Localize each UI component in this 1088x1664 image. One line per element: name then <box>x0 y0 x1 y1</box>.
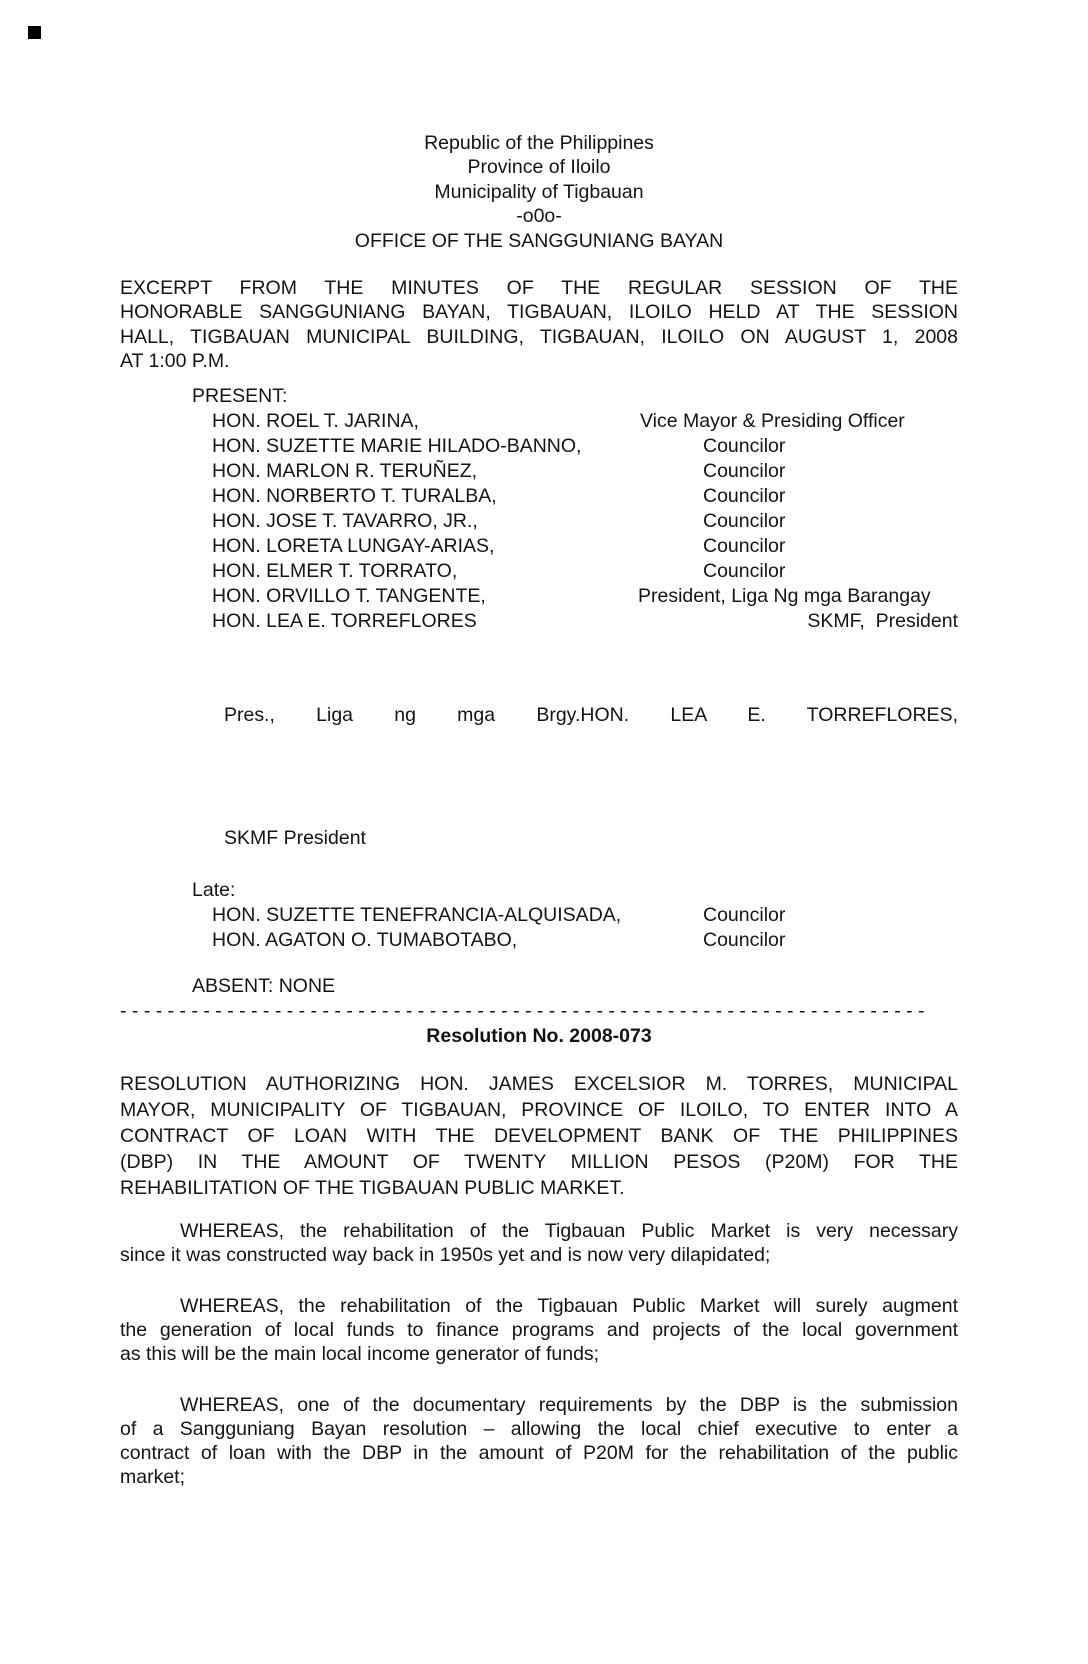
whereas-line: market; <box>120 1465 958 1489</box>
absent-line: ABSENT: NONE <box>192 974 958 999</box>
whereas-paragraph-3: WHEREAS, one of the documentary requirem… <box>120 1393 958 1489</box>
header-line-municipality: Municipality of Tigbauan <box>120 180 958 204</box>
whereas-paragraph-2: WHEREAS, the rehabilitation of the Tigba… <box>120 1294 958 1366</box>
attendee-row: HON. JOSE T. TAVARRO, JR., Councilor <box>120 509 958 534</box>
attendee-name: HON. SUZETTE MARIE HILADO-BANNO, <box>212 435 581 457</box>
attendee-name: HON. AGATON O. TUMABOTABO, <box>212 929 517 951</box>
whereas-paragraph-1: WHEREAS, the rehabilitation of the Tigba… <box>120 1219 958 1267</box>
excerpt-paragraph: EXCERPT FROM THE MINUTES OF THE REGULAR … <box>120 276 958 374</box>
resolution-title-line: CONTRACT OF LOAN WITH THE DEVELOPMENT BA… <box>120 1123 958 1149</box>
attendee-row: HON. ROEL T. JARINA, Vice Mayor & Presid… <box>120 409 958 434</box>
late-label: Late: <box>192 878 958 903</box>
resolution-title-paragraph: RESOLUTION AUTHORIZING HON. JAMES EXCELS… <box>120 1071 958 1201</box>
attendee-row: HON. ORVILLO T. TANGENTE, President, Lig… <box>120 584 958 609</box>
attendee-row: HON. NORBERTO T. TURALBA, Councilor <box>120 484 958 509</box>
attendee-name: HON. JOSE T. TAVARRO, JR., <box>212 510 478 532</box>
document-content: Republic of the Philippines Province of … <box>120 131 958 1489</box>
whereas-line: WHEREAS, one of the documentary requirem… <box>120 1393 958 1417</box>
attendee-row: HON. AGATON O. TUMABOTABO, Councilor <box>120 928 958 953</box>
whereas-line: the generation of local funds to finance… <box>120 1318 958 1342</box>
attendee-role: Councilor <box>703 534 785 559</box>
excerpt-line: HALL, TIGBAUAN MUNICIPAL BUILDING, TIGBA… <box>120 325 958 349</box>
header-line-republic: Republic of the Philippines <box>120 131 958 155</box>
attendee-name: HON. ORVILLO T. TANGENTE, <box>212 585 486 607</box>
whereas-line: since it was constructed way back in 195… <box>120 1243 958 1267</box>
attendee-role: Councilor <box>703 509 785 534</box>
attendee-name: HON. NORBERTO T. TURALBA, <box>212 485 497 507</box>
attendee-role: Councilor <box>703 903 785 928</box>
whereas-line: WHEREAS, the rehabilitation of the Tigba… <box>120 1219 958 1243</box>
whereas-line: WHEREAS, the rehabilitation of the Tigba… <box>120 1294 958 1318</box>
attendee-name: HON. LORETA LUNGAY-ARIAS, <box>212 535 494 557</box>
late-section: Late: HON. SUZETTE TENEFRANCIA-ALQUISADA… <box>120 878 958 953</box>
present-section: PRESENT: HON. ROEL T. JARINA, Vice Mayor… <box>120 384 958 634</box>
attendee-role: Councilor <box>703 484 785 509</box>
attendee-row: HON. ELMER T. TORRATO, Councilor <box>120 559 958 584</box>
scan-artifact <box>28 26 41 39</box>
attendee-role: President, Liga Ng mga Barangay <box>638 584 931 609</box>
resolution-title-line: REHABILITATION OF THE TIGBAUAN PUBLIC MA… <box>120 1175 958 1201</box>
attendee-role: Councilor <box>703 928 785 953</box>
doc-header: Republic of the Philippines Province of … <box>120 131 958 253</box>
resolution-title-line: MAYOR, MUNICIPALITY OF TIGBAUAN, PROVINC… <box>120 1097 958 1123</box>
attendee-row: HON. MARLON R. TERUÑEZ, Councilor <box>120 459 958 484</box>
excerpt-line: EXCERPT FROM THE MINUTES OF THE REGULAR … <box>120 276 958 300</box>
excerpt-line: HONORABLE SANGGUNIANG BAYAN, TIGBAUAN, I… <box>120 300 958 324</box>
resolution-title-line: (DBP) IN THE AMOUNT OF TWENTY MILLION PE… <box>120 1149 958 1175</box>
attendee-row: HON. LORETA LUNGAY-ARIAS, Councilor <box>120 534 958 559</box>
attendance-continuation-line: Pres., Liga ng mga Brgy.HON. LEA E. TORR… <box>224 703 958 728</box>
attendee-name: HON. ROEL T. JARINA, <box>212 410 419 432</box>
dashed-divider: - - - - - - - - - - - - - - - - - - - - … <box>120 999 958 1024</box>
attendee-role: Councilor <box>703 559 785 584</box>
whereas-line: of a Sangguniang Bayan resolution – allo… <box>120 1417 958 1441</box>
attendee-name: HON. MARLON R. TERUÑEZ, <box>212 460 477 482</box>
resolution-title-line: RESOLUTION AUTHORIZING HON. JAMES EXCELS… <box>120 1071 958 1097</box>
attendee-row: HON. LEA E. TORREFLORES SKMF, President <box>120 609 958 634</box>
whereas-line: as this will be the main local income ge… <box>120 1342 958 1366</box>
document-page: Republic of the Philippines Province of … <box>0 0 1088 1664</box>
attendee-row: HON. SUZETTE MARIE HILADO-BANNO, Council… <box>120 434 958 459</box>
attendee-role: Councilor <box>703 459 785 484</box>
attendee-role: Councilor <box>703 434 785 459</box>
whereas-line: contract of loan with the DBP in the amo… <box>120 1441 958 1465</box>
attendee-name: HON. ELMER T. TORRATO, <box>212 560 457 582</box>
excerpt-line: AT 1:00 P.M. <box>120 349 958 373</box>
attendee-name: HON. LEA E. TORREFLORES <box>212 610 477 632</box>
attendee-row: HON. SUZETTE TENEFRANCIA-ALQUISADA, Coun… <box>120 903 958 928</box>
header-ornament: -o0o- <box>120 204 958 228</box>
skmf-president-line: SKMF President <box>224 826 958 851</box>
resolution-number-heading: Resolution No. 2008-073 <box>120 1024 958 1049</box>
attendee-role: Vice Mayor & Presiding Officer <box>640 409 905 434</box>
attendee-role: SKMF, President <box>807 609 958 634</box>
header-line-province: Province of Iloilo <box>120 155 958 179</box>
attendee-name: HON. SUZETTE TENEFRANCIA-ALQUISADA, <box>212 904 621 926</box>
header-line-office: OFFICE OF THE SANGGUNIANG BAYAN <box>120 229 958 253</box>
present-label: PRESENT: <box>192 384 958 409</box>
